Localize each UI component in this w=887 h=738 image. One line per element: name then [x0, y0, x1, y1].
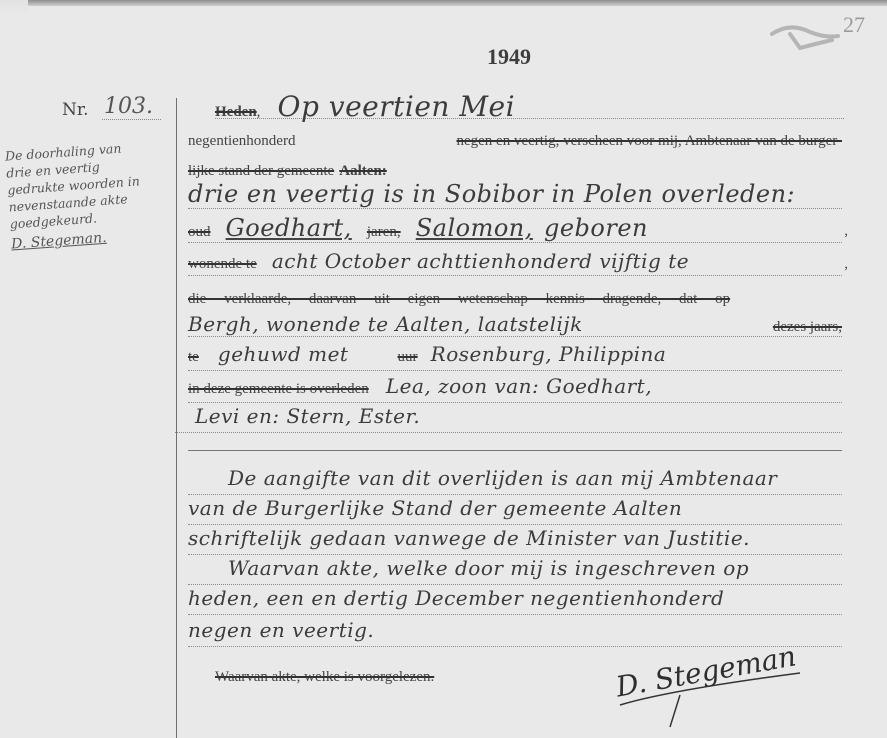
handwritten-text: negen en veertig.	[188, 618, 374, 642]
paragraph-line: schriftelijk gedaan vanwege de Minister …	[188, 526, 842, 555]
form-line: die verklaarde, daarvan uit eigen wetens…	[188, 288, 842, 308]
record-number-label: Nr.	[62, 100, 89, 120]
form-line: in deze gemeente is overleden Lea, zoon …	[188, 374, 842, 403]
printed-struck-text: negen en veertig, verscheen voor mij, Am…	[456, 133, 842, 150]
handwritten-text: Bergh, wonende te Aalten, laatstelijk	[188, 312, 583, 336]
record-year: 1949	[487, 44, 531, 70]
page-edge-shadow	[25, 0, 887, 6]
form-line-name: oud Goedhart, jaren, Salomon, geboren ,	[188, 214, 842, 243]
scanned-document-page: 27 1949 Nr. 103. De doorhaling van drie …	[0, 0, 887, 738]
printed-struck-text: die verklaarde, daarvan uit eigen wetens…	[188, 291, 730, 307]
pencil-check-mark-icon	[770, 22, 840, 58]
paragraph-line: De aangifte van dit overlijden is aan mi…	[188, 466, 842, 495]
page-number: 27	[843, 12, 865, 38]
paragraph-line: Waarvan akte, welke door mij is ingeschr…	[188, 556, 842, 585]
handwritten-text: schriftelijk gedaan vanwege de Minister …	[188, 526, 750, 550]
printed-struck-text: oud	[188, 224, 211, 240]
printed-struck-text: te	[188, 349, 199, 365]
printed-struck-text: Heden	[215, 104, 257, 120]
form-line: Levi en: Stern, Ester.	[175, 404, 842, 433]
printed-text: ,	[844, 256, 848, 273]
printed-struck-text: uur	[398, 349, 418, 365]
handwritten-spouse-name: Rosenburg, Philippina	[431, 342, 667, 366]
printed-struck-text: in deze gemeente is overleden	[188, 381, 369, 397]
handwritten-text: acht October achttienhonderd vijftig te	[272, 249, 689, 273]
handwritten-text: drie en veertig is in Sobibor in Polen o…	[188, 180, 795, 208]
margin-annotation: De doorhaling van drie en veertig gedruk…	[4, 137, 171, 254]
handwritten-text: heden, een en dertig December negentienh…	[188, 586, 724, 610]
handwritten-text: gehuwd met	[218, 342, 349, 366]
printed-struck-text: Waarvan akte, welke is voorgelezen.	[215, 669, 434, 685]
printed-struck-text: jaren,	[367, 224, 401, 240]
page-edge-corner	[0, 0, 28, 14]
form-line: Bergh, wonende te Aalten, laatstelijk de…	[188, 308, 842, 337]
handwritten-text: De aangifte van dit overlijden is aan mi…	[228, 466, 777, 490]
paragraph-line: heden, een en dertig December negentienh…	[188, 586, 842, 615]
form-line: te gehuwd met uur Rosenburg, Philippina	[188, 342, 842, 371]
paragraph-line: negen en veertig.	[188, 618, 842, 647]
form-line-handwritten: drie en veertig is in Sobibor in Polen o…	[188, 180, 842, 209]
handwritten-text: Levi en: Stern, Ester.	[195, 404, 420, 428]
printed-text: ,	[844, 223, 848, 240]
handwritten-text: van de Burgerlijke Stand der gemeente Aa…	[188, 496, 682, 520]
printed-struck-text: lijke stand der gemeente	[188, 163, 334, 179]
record-number: 103.	[102, 94, 161, 120]
handwritten-text: Lea, zoon van: Goedhart,	[386, 374, 652, 398]
printed-struck-text: wonende te	[188, 256, 257, 272]
handwritten-surname: Goedhart,	[226, 214, 352, 242]
printed-struck-text: Aalten:	[339, 163, 387, 179]
handwritten-text: Waarvan akte, welke door mij is ingeschr…	[228, 556, 749, 580]
section-separator	[188, 450, 842, 451]
paragraph-line: van de Burgerlijke Stand der gemeente Aa…	[188, 496, 842, 525]
printed-text: negentienhonderd	[188, 133, 295, 150]
form-line-date: Heden, Op veertien Mei	[215, 90, 844, 119]
form-line: negentienhonderd negen en veertig, versc…	[188, 130, 842, 150]
handwritten-firstname: Salomon,	[416, 214, 533, 242]
printed-struck-text: dezes jaars,	[773, 319, 842, 336]
form-line: wonende te acht October achttienhonderd …	[188, 249, 842, 276]
printed-text: ,	[257, 104, 261, 120]
handwritten-date: Op veertien Mei	[278, 90, 516, 123]
form-line: lijke stand der gemeente Aalten:	[188, 160, 842, 180]
signature-flourish-icon	[610, 665, 810, 735]
handwritten-text: geboren	[544, 214, 648, 242]
